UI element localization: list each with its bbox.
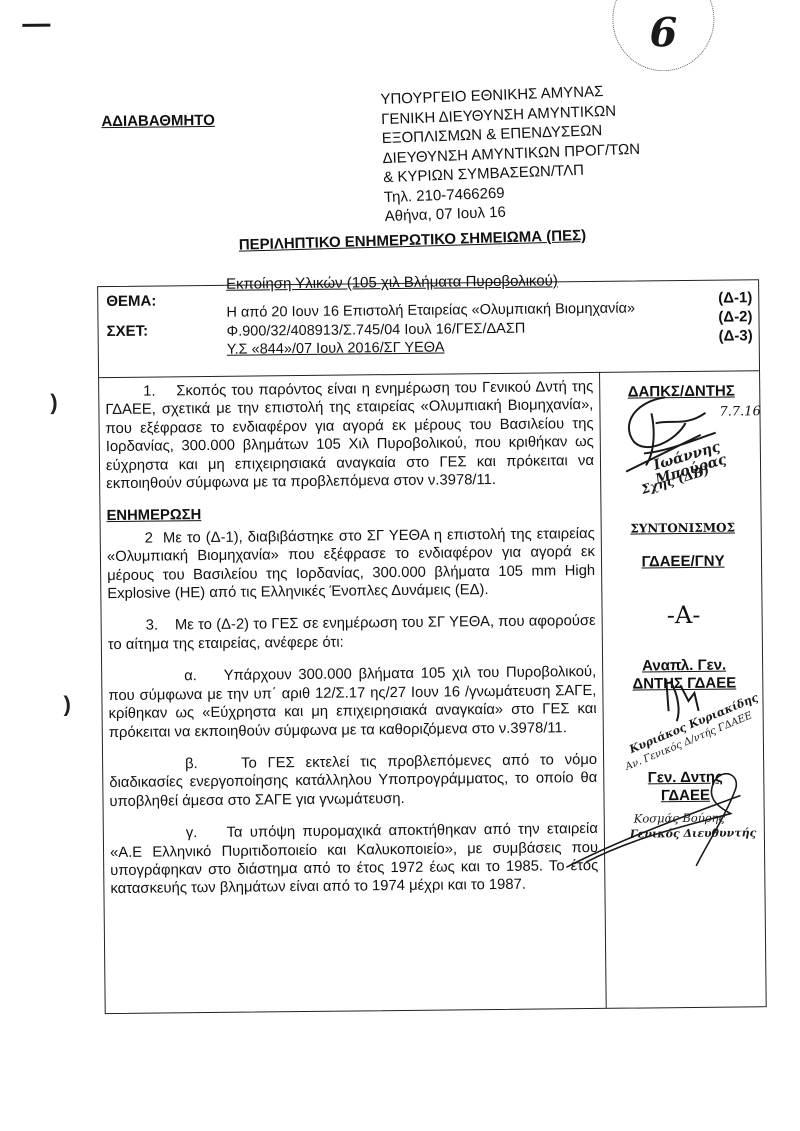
margin-mark: ) [63, 691, 71, 717]
section-heading: ΕΝΗΜΕΡΩΣΗ [106, 502, 594, 526]
paragraph-3b: β. Το ΓΕΣ εκτελεί τις προβλεπόμενες από … [109, 751, 598, 811]
reference-code: (Δ-1) [718, 288, 752, 307]
signature-3-icon [565, 765, 766, 877]
page-number: 6 [649, 9, 677, 56]
signature-column: ΔΑΠΚΣ/ΔΝΤΗΣ 7.7.16 Ιωάννης Μπούρας Σχης … [601, 370, 761, 401]
subject-value: Εκποίηση Υλικών (105 χιλ Βλήματα Πυροβολ… [226, 272, 558, 292]
reference-item: Υ.Σ «844»/07 Ιουλ 2016/ΣΓ ΥΕΘΑ [227, 337, 636, 360]
coordination-unit: ΓΔΑΕΕ/ΓΝΥ [603, 552, 763, 571]
memo-header: ΘΕΜΑ: Εκποίηση Υλικών (105 χιλ Βλήματα Π… [98, 280, 759, 378]
paragraph-3: 3. Με το (Δ-2) το ΓΕΣ σε ενημέρωση του Σ… [108, 612, 596, 654]
reference-code: (Δ-3) [718, 326, 752, 345]
coordination-mark: -Α- [603, 600, 763, 630]
memo-body: 1. Σκοπός του παρόντος είναι η ενημέρωση… [105, 378, 598, 899]
reference-code: (Δ-2) [718, 307, 752, 326]
subject-label: ΘΕΜΑ: [106, 293, 156, 311]
margin-mark: ) [50, 390, 58, 416]
memo-box: ΘΕΜΑ: Εκποίηση Υλικών (105 χιλ Βλήματα Π… [97, 279, 767, 1014]
paragraph-3c: γ. Τα υπόψη πυρομαχικά αποκτήθηκαν από τ… [110, 820, 599, 899]
coordination-heading: ΣΥΝΤΟΝΙΣΜΟΣ [603, 520, 763, 536]
signer1-date: 7.7.16 [719, 404, 761, 419]
references-list: Η από 20 Ιουν 16 Επιστολή Εταιρείας «Ολυ… [226, 300, 635, 360]
references-label: ΣΧΕΤ: [107, 323, 149, 340]
paragraph-2: 2 Με το (Δ-1), διαβιβάστηκε στο ΣΓ ΥΕΘΑ … [107, 525, 596, 604]
reference-codes: (Δ-1) (Δ-2) (Δ-3) [718, 288, 753, 345]
sender-block: ΥΠΟΥΡΓΕΙΟ ΕΘΝΙΚΗΣ ΑΜΥΝΑΣ ΓΕΝΙΚΗ ΔΙΕΥΘΥΝΣ… [380, 81, 642, 227]
paragraph-3a: α. Υπάρχουν 300.000 βλήματα 105 χιλ του … [108, 663, 597, 742]
document-page: 6 ΑΔΙΑΒΑΘΜΗΤΟ ΥΠΟΥΡΓΕΙΟ ΕΘΝΙΚΗΣ ΑΜΥΝΑΣ Γ… [0, 0, 800, 1131]
top-left-dash-mark [22, 24, 50, 27]
classification-label: ΑΔΙΑΒΑΘΜΗΤΟ [101, 112, 215, 130]
paragraph-1: 1. Σκοπός του παρόντος είναι η ενημέρωση… [105, 378, 594, 494]
document-title: ΠΕΡΙΛΗΠΤΙΚΟ ΕΝΗΜΕΡΩΤΙΚΟ ΣΗΜΕΙΩΜΑ (ΠΕΣ) [239, 227, 587, 254]
